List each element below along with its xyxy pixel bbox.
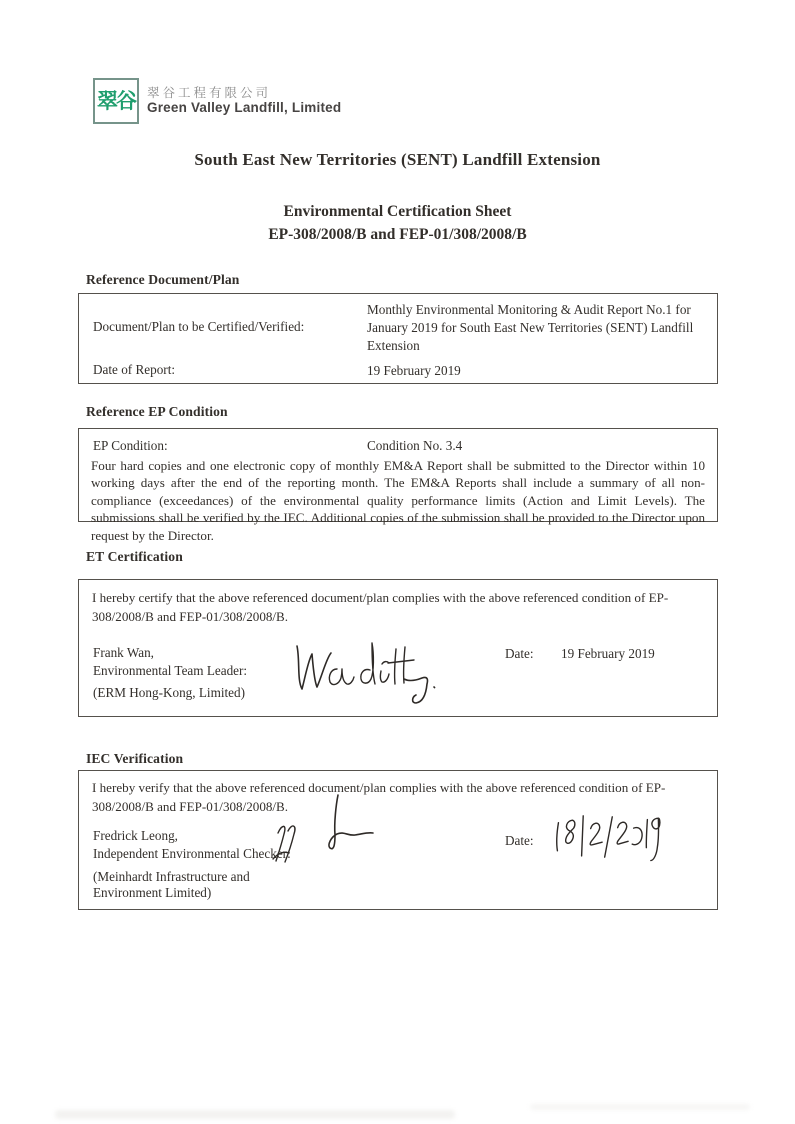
iec-date-handwriting [550, 809, 666, 867]
certification-sheet-page: 翠谷 翠谷工程有限公司 Green Valley Landfill, Limit… [0, 0, 795, 1124]
section-heading-ep-condition: Reference EP Condition [86, 404, 228, 420]
project-title: South East New Territories (SENT) Landfi… [0, 150, 795, 170]
et-signature-handwriting [290, 634, 438, 712]
iec-signature-initials-handwriting [269, 821, 305, 865]
document-plan-label: Document/Plan to be Certified/Verified: [93, 319, 363, 335]
et-date-label: Date: [505, 645, 534, 662]
et-signatory-title: Environmental Team Leader: [93, 662, 247, 679]
company-name-english: Green Valley Landfill, Limited [147, 100, 341, 115]
scan-smudge [530, 1104, 750, 1110]
date-of-report-value: 19 February 2019 [367, 362, 461, 380]
scan-smudge [55, 1110, 455, 1119]
iec-signatory-name: Fredrick Leong, [93, 827, 178, 844]
company-name-chinese: 翠谷工程有限公司 [147, 83, 271, 101]
ep-condition-box: EP Condition: Condition No. 3.4 Four har… [78, 428, 718, 522]
et-signatory-org: (ERM Hong-Kong, Limited) [93, 684, 245, 701]
iec-signatory-org-line2: Environment Limited) [93, 884, 211, 901]
section-heading-reference-document: Reference Document/Plan [86, 272, 239, 288]
iec-signature-handwriting [307, 793, 379, 859]
et-certification-box: I hereby certify that the above referenc… [78, 579, 718, 717]
sheet-title: Environmental Certification Sheet [0, 203, 795, 221]
iec-verification-box: I hereby verify that the above reference… [78, 770, 718, 910]
iec-signatory-org-line1: (Meinhardt Infrastructure and [93, 868, 250, 885]
reference-document-box: Document/Plan to be Certified/Verified: … [78, 293, 718, 384]
company-logo-icon: 翠谷 [93, 78, 139, 124]
et-date-value: 19 February 2019 [561, 645, 655, 662]
date-of-report-label: Date of Report: [93, 362, 175, 378]
ep-condition-text: Four hard copies and one electronic copy… [91, 457, 705, 544]
et-certification-statement: I hereby certify that the above referenc… [92, 589, 700, 626]
et-signatory-name: Frank Wan, [93, 644, 154, 661]
section-heading-iec-verification: IEC Verification [86, 751, 183, 767]
ep-condition-value: Condition No. 3.4 [367, 438, 462, 454]
iec-date-label: Date: [505, 832, 534, 849]
ep-condition-label: EP Condition: [93, 438, 168, 454]
section-heading-et-certification: ET Certification [86, 549, 183, 565]
iec-signatory-title: Independent Environmental Checker: [93, 845, 291, 862]
document-plan-value: Monthly Environmental Monitoring & Audit… [367, 301, 713, 355]
permit-numbers-title: EP-308/2008/B and FEP-01/308/2008/B [0, 226, 795, 244]
